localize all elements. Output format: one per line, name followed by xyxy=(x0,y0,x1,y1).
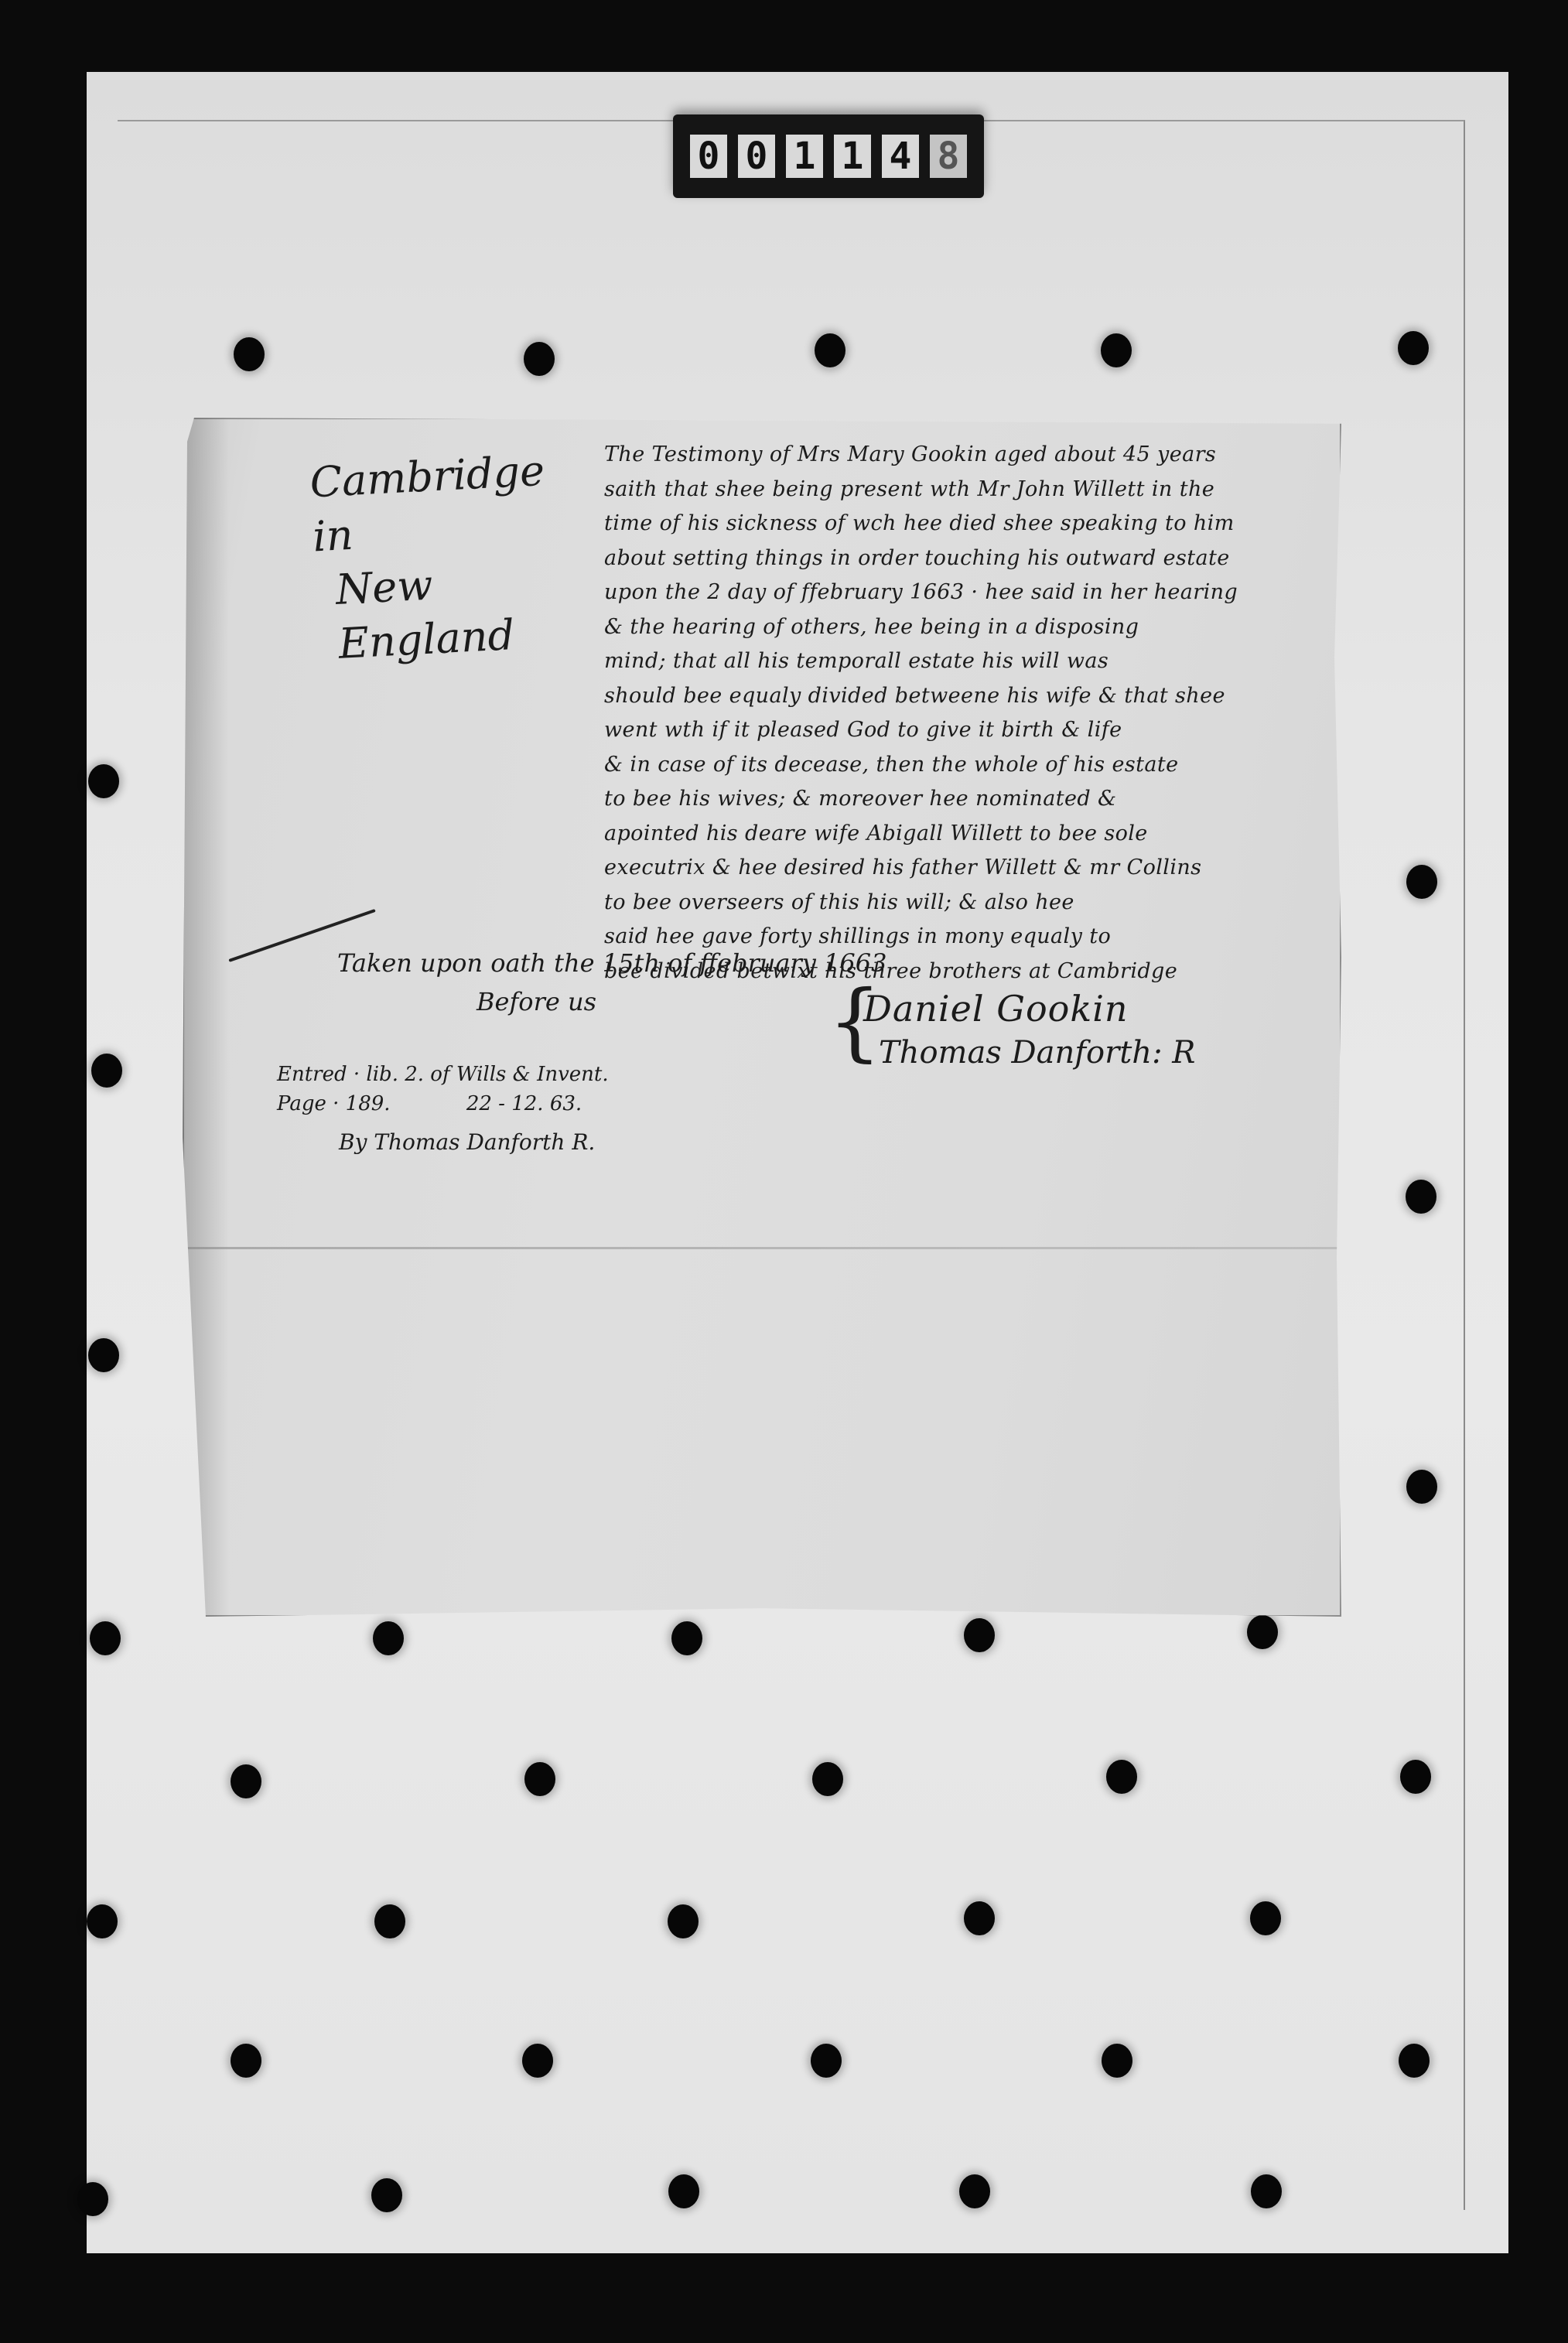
place-heading-line-1: Cambridge in xyxy=(309,446,545,562)
registration-dot xyxy=(1247,1615,1278,1649)
registration-dot xyxy=(373,1621,404,1655)
registration-dot xyxy=(671,1621,702,1655)
registration-dot xyxy=(668,2174,699,2208)
registration-dot xyxy=(1102,2044,1132,2078)
entry-recorder: By Thomas Danforth R. xyxy=(277,1128,609,1157)
registration-dot xyxy=(668,1904,699,1938)
testimony-line: should bee equaly divided betweene his w… xyxy=(604,679,1331,714)
signature-thomas-danforth: Thomas Danforth: R xyxy=(863,1031,1195,1074)
registration-dot xyxy=(371,2178,402,2212)
registration-dot xyxy=(91,1054,122,1088)
registration-dot xyxy=(374,1904,405,1938)
registration-dot xyxy=(811,2044,842,2078)
frame-digit: 0 xyxy=(690,135,727,178)
testimony-line: apointed his deare wife Abigall Willett … xyxy=(604,817,1331,852)
frame-digit: 0 xyxy=(738,135,775,178)
registration-dot xyxy=(1406,1470,1437,1504)
registration-dot xyxy=(88,764,119,798)
registration-dot xyxy=(815,333,845,367)
registration-dot xyxy=(1398,331,1429,365)
sheet-fold-line xyxy=(183,1247,1341,1249)
registration-dot xyxy=(524,1762,555,1796)
testimony-line: & in case of its decease, then the whole… xyxy=(604,748,1331,783)
frame-digit: 1 xyxy=(786,135,823,178)
registration-dot xyxy=(234,337,265,371)
testimony-body: The Testimony of Mrs Mary Gookin aged ab… xyxy=(604,438,1331,989)
testimony-line: executrix & hee desired his father Wille… xyxy=(604,851,1331,886)
testimony-line: about setting things in order touching h… xyxy=(604,541,1331,576)
entry-page: Page · 189. xyxy=(277,1092,391,1115)
registration-dot xyxy=(1399,2044,1430,2078)
oath-line: Taken upon oath the 15th of ffebruary 16… xyxy=(337,948,886,978)
testimony-line: saith that shee being present wth Mr Joh… xyxy=(604,473,1331,507)
registration-dot xyxy=(959,2174,990,2208)
testimony-line: mind; that all his temporall estate his … xyxy=(604,644,1331,679)
registration-dot xyxy=(524,342,555,376)
registration-dot xyxy=(231,2044,261,2078)
registration-dot xyxy=(1406,1180,1436,1214)
registration-dot xyxy=(1101,333,1132,367)
testimony-line: & the hearing of others, hee being in a … xyxy=(604,610,1331,645)
registry-entry-note: Entred · lib. 2. of Wills & Invent. Page… xyxy=(277,1060,609,1157)
registration-dot xyxy=(77,2182,108,2216)
manuscript-sheet: Cambridge in New England The Testimony o… xyxy=(183,418,1341,1617)
registration-dot xyxy=(964,1901,995,1935)
testimony-line: time of his sickness of wch hee died she… xyxy=(604,507,1331,541)
registration-dot xyxy=(812,1762,843,1796)
oath-statement: Taken upon oath the 15th of ffebruary 16… xyxy=(337,944,886,1021)
testimony-line: upon the 2 day of ffebruary 1663 · hee s… xyxy=(604,576,1331,610)
registration-dot xyxy=(1106,1760,1137,1794)
frame-number-label: 0 0 1 1 4 8 xyxy=(673,114,984,198)
testimony-line: The Testimony of Mrs Mary Gookin aged ab… xyxy=(604,438,1331,473)
entry-page-date-line: Page · 189. 22 - 12. 63. xyxy=(277,1089,609,1119)
entry-record-line: Entred · lib. 2. of Wills & Invent. xyxy=(277,1060,609,1089)
testimony-line: to bee his wives; & moreover hee nominat… xyxy=(604,782,1331,817)
place-heading: Cambridge in New England xyxy=(309,442,598,672)
registration-dot xyxy=(1250,1901,1281,1935)
registration-dot xyxy=(88,1338,119,1372)
frame-digit: 1 xyxy=(834,135,871,178)
registration-dot xyxy=(964,1618,995,1652)
registration-dot xyxy=(231,1764,261,1798)
registration-dot xyxy=(90,1621,121,1655)
signature-daniel-gookin: Daniel Gookin xyxy=(863,986,1195,1031)
entry-date: 22 - 12. 63. xyxy=(466,1092,582,1115)
frame-digit: 4 xyxy=(882,135,919,178)
registration-dot xyxy=(1400,1760,1431,1794)
registration-dot xyxy=(522,2044,553,2078)
frame-digit: 8 xyxy=(930,135,967,178)
registration-dot xyxy=(1251,2174,1282,2208)
testimony-line: to bee overseers of this his will; & als… xyxy=(604,886,1331,920)
signature-block: Daniel Gookin Thomas Danforth: R xyxy=(863,986,1195,1074)
testimony-line: went wth if it pleased God to give it bi… xyxy=(604,713,1331,748)
registration-dot xyxy=(1406,865,1437,899)
registration-dot xyxy=(87,1904,118,1938)
oath-before-line: Before us xyxy=(337,982,886,1021)
place-heading-line-2: New England xyxy=(314,550,598,673)
